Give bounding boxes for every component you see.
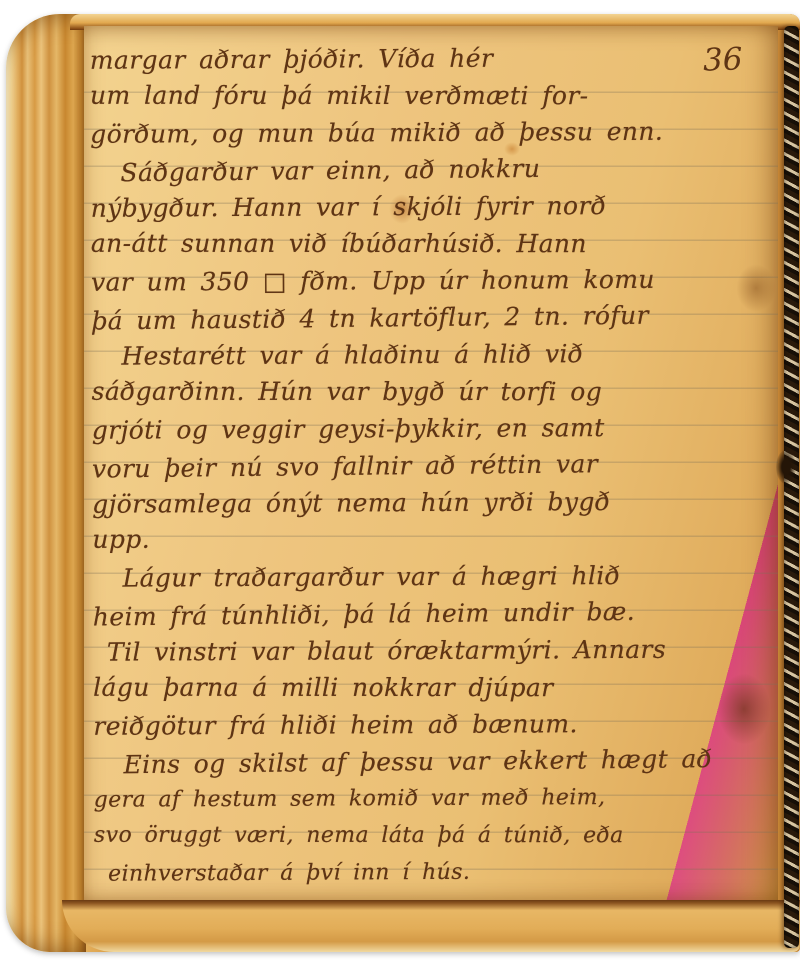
page-surface: 36 margar aðrar þjóðir. Víða hér um land… xyxy=(84,26,778,900)
manuscript-line: margar aðrar þjóðir. Víða hér xyxy=(90,38,762,79)
manuscript-line: Eins og skilst af þessu var ekkert hægt … xyxy=(93,739,765,783)
manuscript-line: görðum, og mun búa mikið að þessu enn. xyxy=(90,112,762,153)
manuscript-line: lágu þarna á milli nokkrar djúpar xyxy=(93,669,765,707)
page-edge-bottom xyxy=(62,900,800,952)
manuscript-line: Hestarétt var á hlaðinu á hlið við xyxy=(91,334,763,375)
binding-cord xyxy=(784,26,799,948)
manuscript-line: nýbygður. Hann var í skjóli fyrir norð xyxy=(91,186,763,227)
manuscript-line: þá um haustið 4 tn kartöflur, 2 tn. rófu… xyxy=(91,295,763,339)
manuscript-line: upp. xyxy=(92,521,764,559)
manuscript-line: gjörsamlega ónýt nema hún yrði bygð xyxy=(92,482,764,523)
manuscript-line: Til vinstri var blaut óræktarmýri. Annar… xyxy=(93,630,765,671)
binding-cord-knot xyxy=(776,450,796,484)
manuscript-line: an-átt sunnan við íbúðarhúsið. Hann xyxy=(91,225,763,263)
manuscript-line: var um 350 □ fðm. Upp úr honum komu xyxy=(91,260,763,301)
page-edge-left xyxy=(6,14,86,952)
scanned-notebook-page: 36 margar aðrar þjóðir. Víða hér um land… xyxy=(6,14,800,952)
manuscript-line: Sáðgarður var einn, að nokkru xyxy=(90,147,762,191)
manuscript-line: Lágur traðargarður var á hægri hlið xyxy=(92,556,764,597)
manuscript-line: svo öruggt væri, nema láta þá á túnið, e… xyxy=(94,817,766,855)
manuscript-line: sáðgarðinn. Hún var bygð úr torfi og xyxy=(92,373,764,411)
manuscript-line: voru þeir nú svo fallnir að réttin var xyxy=(92,443,764,487)
manuscript-text: margar aðrar þjóðir. Víða hér um land fó… xyxy=(90,38,766,893)
manuscript-line: gera af hestum sem komið var með heim, xyxy=(94,778,766,819)
manuscript-line: einhverstaðar á því inn í hús. xyxy=(94,852,766,893)
manuscript-line: heim frá túnhliði, þá lá heim undir bæ. xyxy=(93,591,765,635)
manuscript-line: grjóti og veggir geysi-þykkir, en samt xyxy=(92,408,764,449)
manuscript-line: reiðgötur frá hliði heim að bænum. xyxy=(93,704,765,745)
manuscript-line: um land fóru þá mikil verðmæti for- xyxy=(90,77,762,115)
